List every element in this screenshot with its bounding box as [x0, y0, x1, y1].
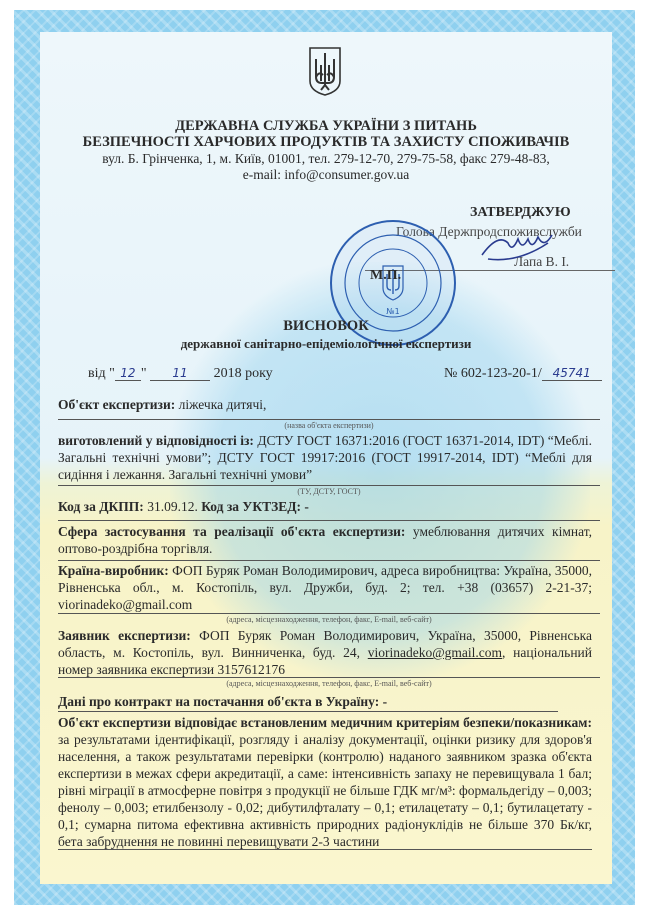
divider: [58, 711, 558, 712]
document-title: ВИСНОВОК: [40, 318, 612, 335]
made-field: виготовлений у відповідності із: ДСТУ ГО…: [58, 432, 592, 483]
org-address: вул. Б. Грінченка, 1, м. Київ, 01001, те…: [40, 151, 612, 167]
country-field: Країна-виробник: ФОП Буряк Роман Володим…: [58, 562, 592, 613]
applicant-label: Заявник експертизи:: [58, 628, 191, 643]
country-label: Країна-виробник:: [58, 563, 169, 578]
tryzub-emblem-icon: [307, 45, 343, 97]
dkpp-label: Код за ДКПП:: [58, 499, 144, 514]
certificate-content: ДЕРЖАВНА СЛУЖБА УКРАЇНИ З ПИТАНЬ БЕЗПЕЧН…: [0, 0, 650, 920]
object-label: Об'єкт експертизи:: [58, 397, 175, 412]
divider: [58, 560, 600, 561]
number-prefix: № 602-123-20-1/: [444, 366, 542, 381]
codes-field: Код за ДКПП: 31.09.12. Код за УКТЗЕД: -: [58, 498, 592, 515]
dkpp-value: 31.09.12.: [147, 499, 198, 514]
object-caption: (назва об'єкта експертизи): [58, 421, 600, 430]
contract-field: Дані про контракт на постачання об'єкта …: [58, 693, 592, 710]
applicant-email-link[interactable]: viorinadeko@gmail.com: [368, 645, 502, 660]
made-label: виготовлений у відповідності із:: [58, 433, 254, 448]
criteria-label: Об'єкт експертизи відповідає встановлени…: [58, 715, 592, 730]
sphere-label: Сфера застосування та реалізації об'єкта…: [58, 524, 405, 539]
divider: [58, 419, 600, 420]
object-field: Об'єкт експертизи: ліжечка дитячі,: [58, 396, 592, 413]
org-name-line1: ДЕРЖАВНА СЛУЖБА УКРАЇНИ З ПИТАНЬ: [40, 118, 612, 135]
criteria-value: за результатами ідентифікації, розгляду …: [58, 732, 592, 849]
date-month-handwritten: 11: [150, 366, 210, 381]
number-handwritten: 45741: [542, 366, 602, 381]
svg-text:№1: №1: [386, 307, 399, 316]
seal-placeholder-label: М.П.: [370, 268, 401, 284]
divider: [58, 677, 600, 678]
signature-scribble-icon: [478, 225, 558, 265]
applicant-field: Заявник експертизи: ФОП Буряк Роман Воло…: [58, 627, 592, 678]
contract-label: Дані про контракт на постачання об'єкта …: [58, 694, 387, 709]
uktzed-label: Код за УКТЗЕД: -: [201, 499, 309, 514]
divider: [58, 485, 600, 486]
divider: [58, 613, 600, 614]
applicant-caption: (адреса, місцезнаходження, телефон, факс…: [58, 679, 600, 688]
document-number: № 602-123-20-1/45741: [444, 366, 602, 382]
object-value: ліжечка дитячі,: [179, 397, 267, 412]
sphere-field: Сфера застосування та реалізації об'єкта…: [58, 523, 592, 557]
approval-label: ЗАТВЕРДЖУЮ: [470, 205, 571, 221]
org-name-line2: БЕЗПЕЧНОСТІ ХАРЧОВИХ ПРОДУКТІВ ТА ЗАХИСТ…: [40, 134, 612, 151]
org-email: e-mail: info@consumer.gov.ua: [40, 167, 612, 183]
date-day-handwritten: 12: [115, 366, 141, 381]
document-subtitle: державної санітарно-епідеміологічної екс…: [40, 336, 612, 352]
made-caption: (ТУ, ДСТУ, ГОСТ): [58, 487, 600, 496]
divider: [58, 849, 592, 850]
date-prefix: від ": [88, 366, 115, 381]
document-date: від "12" 11 2018 року: [88, 366, 273, 382]
date-mid: ": [141, 366, 147, 381]
criteria-field: Об'єкт експертизи відповідає встановлени…: [58, 714, 592, 850]
divider: [58, 520, 600, 521]
date-year: 2018 року: [214, 366, 273, 381]
country-caption: (адреса, місцезнаходження, телефон, факс…: [58, 615, 600, 624]
